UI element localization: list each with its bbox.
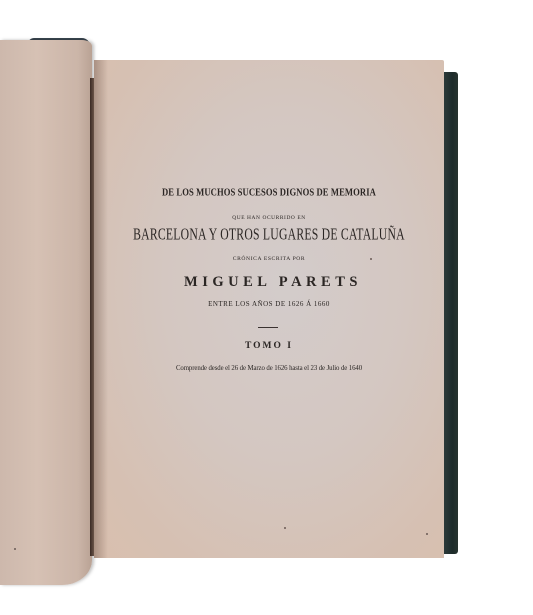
paper-speck	[426, 533, 428, 535]
author-name: MIGUEL PARETS	[98, 274, 448, 291]
title-line-1: DE LOS MUCHOS SUCESOS DIGNOS DE MEMORIA	[94, 186, 444, 198]
main-title: BARCELONA Y OTROS LUGARES DE CATALUÑA	[133, 226, 406, 246]
title-line-2: QUE HAN OCURRIDO EN	[94, 215, 444, 221]
volume-coverage: Comprende desde el 26 de Marzo de 1626 h…	[108, 363, 430, 372]
paper-speck	[284, 527, 286, 529]
book-cover-right-edge	[444, 72, 458, 554]
paper-speck	[14, 548, 16, 550]
volume-label: TOMO I	[94, 341, 444, 351]
left-page	[0, 40, 92, 585]
title-page: DE LOS MUCHOS SUCESOS DIGNOS DE MEMORIA …	[94, 60, 444, 558]
date-range: ENTRE LOS AÑOS DE 1626 Á 1660	[94, 300, 444, 308]
paper-speck	[370, 258, 372, 260]
chronicle-byline: CRÓNICA ESCRITA POR	[94, 256, 444, 262]
divider-rule	[258, 327, 278, 328]
book-photo: DE LOS MUCHOS SUCESOS DIGNOS DE MEMORIA …	[0, 0, 533, 615]
